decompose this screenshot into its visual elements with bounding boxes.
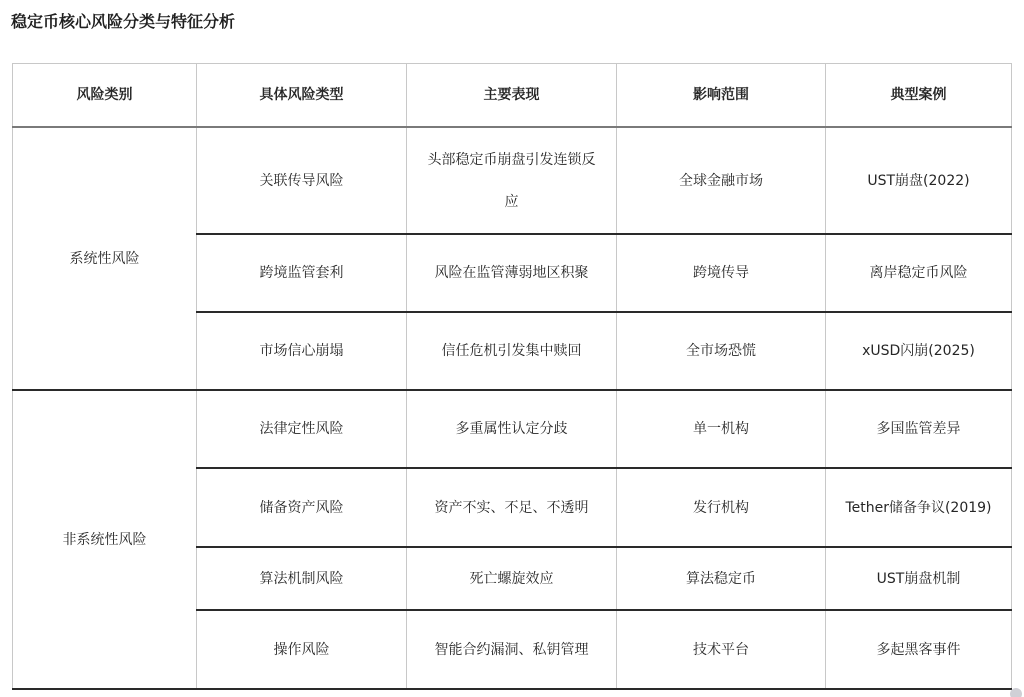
risk-type-cell: 操作风险 <box>197 610 407 689</box>
case-cell: 离岸稳定币风险 <box>826 234 1012 312</box>
risk-type-cell: 算法机制风险 <box>197 547 407 610</box>
header-risk-category: 风险类别 <box>13 64 197 128</box>
manifestation-cell: 多重属性认定分歧 <box>407 390 617 468</box>
table-row: 系统性风险 关联传导风险 头部稳定币崩盘引发连锁反应 全球金融市场 UST崩盘(… <box>13 127 1012 234</box>
manifestation-cell: 资产不实、不足、不透明 <box>407 468 617 547</box>
manifestation-cell: 智能合约漏洞、私钥管理 <box>407 610 617 689</box>
category-cell: 非系统性风险 <box>13 390 197 689</box>
resize-handle[interactable] <box>1010 688 1022 697</box>
risk-type-cell: 市场信心崩塌 <box>197 312 407 390</box>
case-cell: UST崩盘机制 <box>826 547 1012 610</box>
scope-cell: 单一机构 <box>617 390 826 468</box>
scope-cell: 跨境传导 <box>617 234 826 312</box>
manifestation-cell: 死亡螺旋效应 <box>407 547 617 610</box>
manifestation-cell: 风险在监管薄弱地区积聚 <box>407 234 617 312</box>
scope-cell: 全球金融市场 <box>617 127 826 234</box>
case-cell: 多起黑客事件 <box>826 610 1012 689</box>
header-case: 典型案例 <box>826 64 1012 128</box>
risk-type-cell: 跨境监管套利 <box>197 234 407 312</box>
scope-cell: 发行机构 <box>617 468 826 547</box>
risk-classification-table: 风险类别 具体风险类型 主要表现 影响范围 典型案例 系统性风险 关联传导风险 … <box>12 63 1012 690</box>
header-scope: 影响范围 <box>617 64 826 128</box>
table-row: 非系统性风险 法律定性风险 多重属性认定分歧 单一机构 多国监管差异 <box>13 390 1012 468</box>
manifestation-text: 头部稳定币崩盘引发连锁反应 <box>424 139 599 223</box>
manifestation-cell: 信任危机引发集中赎回 <box>407 312 617 390</box>
case-cell: UST崩盘(2022) <box>826 127 1012 234</box>
risk-type-cell: 储备资产风险 <box>197 468 407 547</box>
case-cell: 多国监管差异 <box>826 390 1012 468</box>
scope-cell: 技术平台 <box>617 610 826 689</box>
risk-type-cell: 法律定性风险 <box>197 390 407 468</box>
case-cell: Tether储备争议(2019) <box>826 468 1012 547</box>
category-cell: 系统性风险 <box>13 127 197 390</box>
risk-type-cell: 关联传导风险 <box>197 127 407 234</box>
case-cell: xUSD闪崩(2025) <box>826 312 1012 390</box>
table-header-row: 风险类别 具体风险类型 主要表现 影响范围 典型案例 <box>13 64 1012 128</box>
scope-cell: 全市场恐慌 <box>617 312 826 390</box>
page-title: 稳定币核心风险分类与特征分析 <box>11 9 235 32</box>
header-manifestation: 主要表现 <box>407 64 617 128</box>
scope-cell: 算法稳定币 <box>617 547 826 610</box>
header-risk-type: 具体风险类型 <box>197 64 407 128</box>
manifestation-cell: 头部稳定币崩盘引发连锁反应 <box>407 127 617 234</box>
